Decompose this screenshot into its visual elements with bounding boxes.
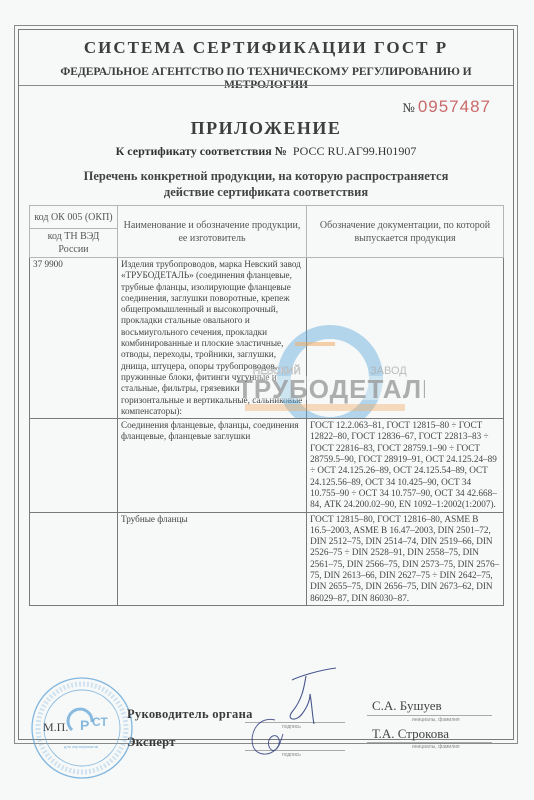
svg-text:СТ: СТ <box>92 715 108 729</box>
row-code <box>30 419 118 512</box>
certificate-label: К сертификату соответствия № <box>116 144 287 158</box>
serial-prefix: № <box>402 100 414 115</box>
row-code: 37 9900 <box>30 258 118 419</box>
header-code-okp: код ОК 005 (ОКП) <box>30 206 118 229</box>
expert-role-label: Эксперт <box>127 735 176 750</box>
table-row: Соединения фланцевые, фланцы, соединения… <box>30 419 504 512</box>
certificate-number: РОСС RU.АГ99.Н01907 <box>293 144 417 158</box>
header-product-name: Наименование и обозначение продукции, ее… <box>117 206 306 258</box>
svg-text:Р: Р <box>80 717 89 733</box>
list-title-line1: Перечень конкретной продукции, на котору… <box>19 168 513 184</box>
head-name-line <box>367 715 492 716</box>
head-name: С.А. Бушуев <box>372 698 442 714</box>
list-title: Перечень конкретной продукции, на котору… <box>19 168 513 200</box>
header-code-tn: код ТН ВЭД России <box>30 229 118 258</box>
row-product-name: Соединения фланцевые, фланцы, соединения… <box>117 419 306 512</box>
header-documentation: Обозначение документации, по которой вып… <box>307 206 504 258</box>
document-frame-inner: СИСТЕМА СЕРТИФИКАЦИИ ГОСТ Р ФЕДЕРАЛЬНОЕ … <box>18 29 514 740</box>
row-documentation <box>307 258 504 419</box>
serial-number: №0957487 <box>402 97 491 117</box>
list-title-line2: действие сертификата соответствия <box>19 184 513 200</box>
serial-value: 0957487 <box>418 97 491 116</box>
expert-name-line <box>367 742 492 743</box>
agency-title: ФЕДЕРАЛЬНОЕ АГЕНТСТВО ПО ТЕХНИЧЕСКОМУ РЕ… <box>19 65 513 91</box>
appendix-title: ПРИЛОЖЕНИЕ <box>19 118 513 139</box>
row-documentation: ГОСТ 12.2.063–81, ГОСТ 12815–80 ÷ ГОСТ 1… <box>307 419 504 512</box>
stamp-inner-text: для сертификатов <box>64 744 98 749</box>
certificate-reference: К сертификату соответствия №РОСС RU.АГ99… <box>19 144 513 159</box>
expert-name: Т.А. Строкова <box>372 726 449 742</box>
head-name-caption: инициалы, фамилия <box>412 717 460 723</box>
system-title: СИСТЕМА СЕРТИФИКАЦИИ ГОСТ Р <box>19 38 513 58</box>
head-role-label: Руководитель органа <box>127 707 253 722</box>
document-frame: СИСТЕМА СЕРТИФИКАЦИИ ГОСТ Р ФЕДЕРАЛЬНОЕ … <box>14 25 518 744</box>
header-divider <box>19 85 513 86</box>
expert-name-caption: инициалы, фамилия <box>412 744 460 750</box>
table-header-row: код ОК 005 (ОКП) Наименование и обозначе… <box>30 206 504 229</box>
row-product-name: Изделия трубопроводов, марка Невский зав… <box>117 258 306 419</box>
table-row: Трубные фланцы ГОСТ 12815–80, ГОСТ 12816… <box>30 512 504 605</box>
row-product-name: Трубные фланцы <box>117 512 306 605</box>
stamp-place-label: М.П. <box>43 720 68 735</box>
products-table: код ОК 005 (ОКП) Наименование и обозначе… <box>29 205 504 606</box>
expert-signature-handwritten <box>245 714 290 760</box>
row-documentation: ГОСТ 12815–80, ГОСТ 12816–80, ASME B 16.… <box>307 512 504 605</box>
row-code <box>30 512 118 605</box>
table-row: 37 9900 Изделия трубопроводов, марка Нев… <box>30 258 504 419</box>
